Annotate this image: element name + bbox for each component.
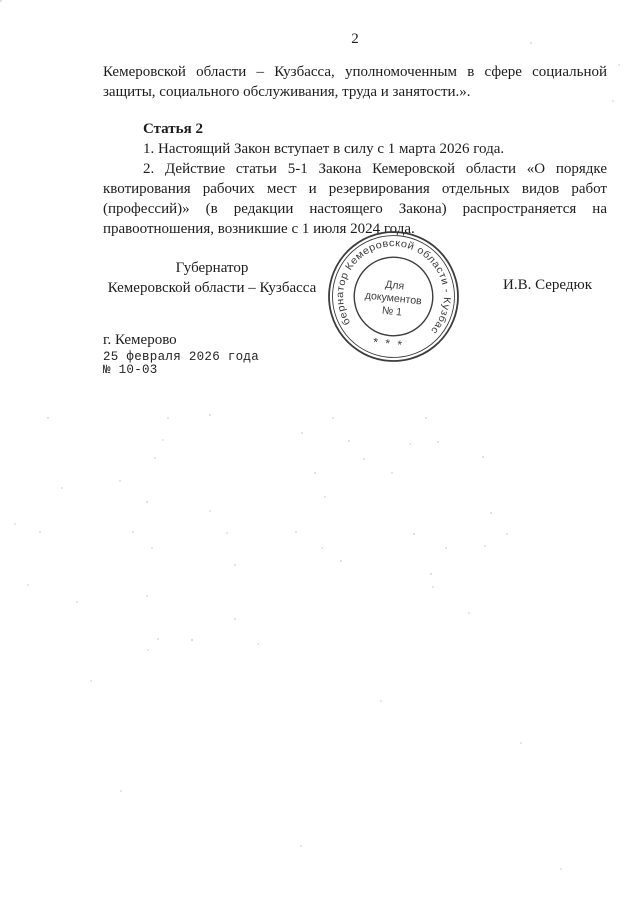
- number-line: № 10-03: [103, 364, 259, 377]
- article-heading: Статья 2: [103, 119, 607, 139]
- scan-noise: [0, 0, 2, 2]
- stamp-center-line1: Для: [385, 279, 405, 293]
- stamp-stars: * * *: [372, 335, 404, 352]
- article-item-1: 1. Настоящий Закон вступает в силу с 1 м…: [103, 139, 607, 159]
- document-page: 2 Кемеровской области – Кузбасса, уполно…: [0, 0, 640, 905]
- place-line: г. Кемерово: [103, 331, 259, 349]
- official-stamp-seal: Губернатор Кемеровской области - Кузбасс…: [320, 223, 466, 369]
- stamp-center-line3: № 1: [381, 305, 402, 319]
- signer-name: И.В. Середюк: [503, 277, 592, 294]
- signer-title: Губернатор Кемеровской области – Кузбасс…: [103, 258, 321, 298]
- document-footer: г. Кемерово 25 февраля 2026 года № 10-03: [103, 331, 259, 377]
- signer-title-line2: Кемеровской области – Кузбасса: [103, 278, 321, 298]
- document-body: Кемеровской области – Кузбасса, уполномо…: [103, 62, 607, 239]
- signer-title-line1: Губернатор: [103, 258, 321, 278]
- paragraph-continuation: Кемеровской области – Кузбасса, уполномо…: [103, 62, 607, 102]
- page-number: 2: [103, 31, 607, 48]
